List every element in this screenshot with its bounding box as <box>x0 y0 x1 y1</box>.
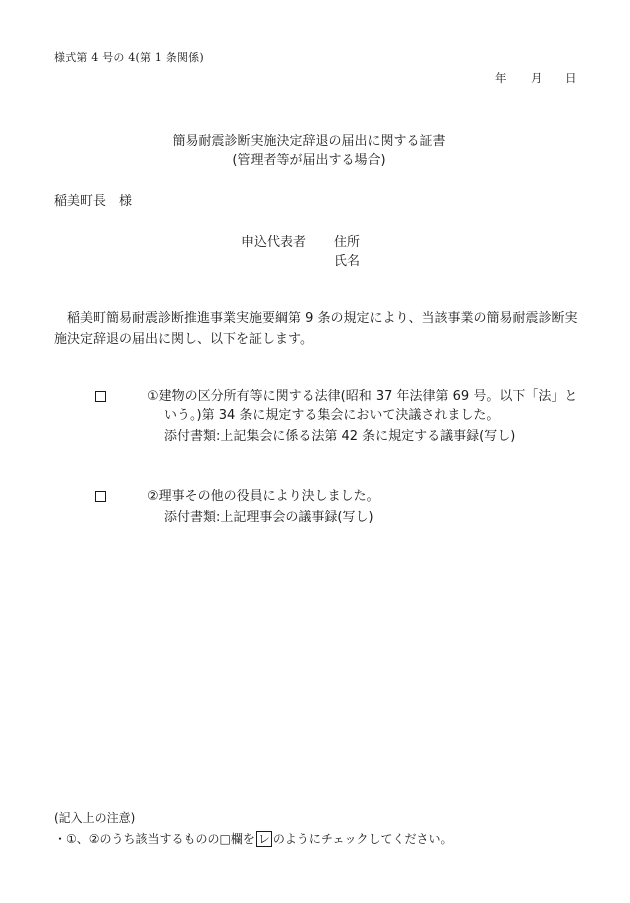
applicant-address-label: 住所 <box>334 231 360 250</box>
body-paragraph: 稲美町簡易耐震診断推進事業実施要綱第 9 条の規定により、当該事業の簡易耐震診断… <box>54 308 584 350</box>
option-1-text: ①建物の区分所有等に関する法律(昭和 37 年法律第 69 号。以下「法」と <box>147 387 577 406</box>
notes-text-before: ・①、②のうち該当するものの□欄を <box>54 832 255 846</box>
addressee: 稲美町長様 <box>54 190 132 209</box>
form-number: 様式第 4 号の 4(第 1 条関係) <box>54 49 204 65</box>
date-day-label: 日 <box>565 70 577 86</box>
document-subtitle: (管理者等が届出する場合) <box>0 149 624 168</box>
option-1-text-cont: いう。)第 34 条に規定する集会において決議されました。 <box>164 406 499 425</box>
check-mark-sample-icon: レ <box>256 831 272 847</box>
applicant-label: 申込代表者 <box>241 231 306 250</box>
applicant-name-label: 氏名 <box>334 250 360 269</box>
notes-text-after: のようにチェックしてください。 <box>273 832 453 846</box>
option-1-checkbox[interactable] <box>95 391 106 402</box>
notes-instruction: ・①、②のうち該当するものの□欄をレのようにチェックしてください。 <box>54 830 453 847</box>
date-year-label: 年 <box>495 70 507 86</box>
option-2-attachment: 添付書類:上記理事会の議事録(写し) <box>164 508 374 527</box>
notes-title: (記入上の注意) <box>54 809 135 826</box>
addressee-name: 稲美町長 <box>54 194 106 209</box>
option-1-attachment: 添付書類:上記集会に係る法第 42 条に規定する議事録(写し) <box>164 427 515 446</box>
addressee-honorific: 様 <box>119 194 132 209</box>
option-2-text: ②理事その他の役員により決しました。 <box>147 487 380 506</box>
document-title: 簡易耐震診断実施決定辞退の届出に関する証書 <box>0 130 624 149</box>
date-month-label: 月 <box>531 70 543 86</box>
option-2-checkbox[interactable] <box>95 491 106 502</box>
